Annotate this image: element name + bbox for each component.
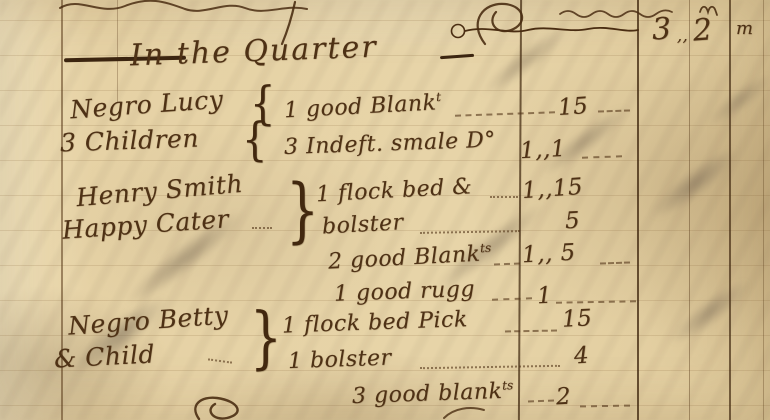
item-desc: bolster	[321, 210, 404, 240]
item-amount: 15	[561, 305, 593, 333]
item-desc-superscript: ts	[502, 378, 514, 392]
item-desc-superscript: t	[436, 90, 442, 104]
item-amount: 4	[573, 343, 590, 370]
entry-brace: }	[250, 304, 282, 372]
item-desc-text: bolster	[321, 210, 404, 239]
item-desc-text: 1 good rugg	[334, 277, 476, 307]
total-pounds: 3	[651, 12, 672, 48]
item-amount: 1	[536, 283, 552, 310]
total-separator: ,,	[677, 26, 688, 45]
total-shillings: 2	[692, 12, 714, 48]
item-amount: 15	[557, 93, 589, 121]
item-desc-text: 1 bolster	[288, 346, 392, 375]
entry-name: & Child	[53, 339, 155, 373]
pence-null-mark: m	[736, 18, 754, 39]
item-amount: 1,, 5	[521, 240, 576, 269]
item-amount: 2	[555, 384, 571, 411]
item-desc: 1 bolster	[288, 345, 392, 374]
item-amount: 5	[564, 208, 580, 235]
item-desc-text: 3 good blank	[352, 379, 503, 409]
entry-brace: {	[242, 117, 268, 163]
item-desc: 1 good rugg	[334, 277, 476, 307]
entry-brace: }	[286, 176, 320, 246]
item-amount: 1,,15	[521, 174, 584, 204]
item-desc-superscript: ts	[480, 241, 492, 256]
entry-name: 3 Children	[60, 124, 200, 158]
item-amount: 1,,1	[519, 136, 566, 164]
manuscript-page: 3 ,, 2 m In the Quarter Negro Lucy { 1 g…	[0, 0, 770, 420]
